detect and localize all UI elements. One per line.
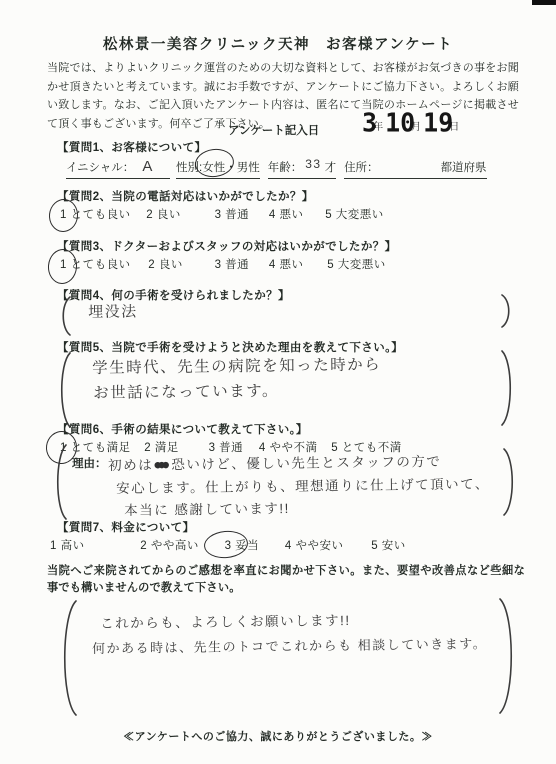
q2-option-3: 3 普通 bbox=[215, 206, 250, 222]
q3-option-5: 5 大変悪い bbox=[327, 256, 386, 272]
scribbled-out-text: ●●● bbox=[153, 456, 165, 473]
q7-option-1: 1 高い bbox=[50, 537, 85, 553]
age-field: 年齢：33才 bbox=[268, 157, 336, 179]
q7-option-4: 4 やや安い bbox=[285, 537, 344, 553]
q1-row: イニシャル：A性別:女性・男性年齢：33才住所：都道府県 bbox=[66, 157, 487, 179]
answer-bracket-right-q6 bbox=[502, 448, 518, 516]
answer-bracket-left-q6 bbox=[52, 444, 68, 520]
stamp-year: 3 bbox=[362, 108, 377, 138]
q5-answer-line-1: 学生時代、先生の病院を知った時から bbox=[92, 352, 381, 378]
feedback-prompt: 当院へご来院されてからのご感想を率直にお聞かせ下さい。また、要望や改善点など些細… bbox=[47, 563, 525, 597]
gender-male: 男性 bbox=[237, 162, 260, 174]
scan-artifact bbox=[532, 0, 556, 5]
q2-heading: 【質問2、当院の電話対応はいかがでしたか？】 bbox=[57, 188, 314, 204]
q6-reason-line-2: 安心します。仕上がりも、理想通りに仕上げて頂いて、 bbox=[116, 472, 490, 497]
answer-bracket-left-q4 bbox=[58, 296, 72, 336]
answer-bracket-right-q4 bbox=[500, 294, 514, 328]
q2-option-5: 5 大変悪い bbox=[325, 206, 384, 222]
q2-option-4: 4 悪い bbox=[269, 206, 304, 222]
feedback-bracket-left bbox=[58, 600, 78, 716]
q3-options: 1 とても良い 2 良い 3 普通 4 悪い 5 大変悪い bbox=[60, 256, 386, 272]
q3-option-3: 3 普通 bbox=[215, 256, 250, 272]
survey-sheet: 松林景一美容クリニック天神 お客様アンケート 当院では、よりよいクリニック運営の… bbox=[0, 0, 556, 764]
closing-text: ≪アンケートへのご協力、誠にありがとうございました。≫ bbox=[0, 728, 556, 744]
q3-option-2: 2 良い bbox=[148, 256, 183, 272]
q6-reason-line-3: 本当に 感謝しています!! bbox=[124, 497, 290, 519]
q4-answer: 埋没法 bbox=[88, 300, 138, 322]
stamp-day: 19 bbox=[423, 108, 453, 138]
stamp-month: 10 bbox=[385, 108, 415, 138]
q1-heading: 【質問1、お客様について】 bbox=[57, 139, 206, 155]
q6-heading: 【質問6、手術の結果について教えて下さい。】 bbox=[57, 421, 308, 437]
page-title: 松林景一美容クリニック天神 お客様アンケート bbox=[0, 33, 556, 54]
initial-value: A bbox=[134, 158, 154, 175]
q2-options: 1 とても良い 2 良い 3 普通 4 悪い 5 大変悪い bbox=[60, 206, 384, 222]
q6-reason-line-1: 初めは●●●恐いけど、優しい先生とスタッフの方で bbox=[108, 450, 441, 474]
date-stamp: 3 年 10 月 19 日 bbox=[362, 108, 461, 137]
q6-reason-label: 理由： bbox=[72, 455, 107, 471]
initial-field: イニシャル：A bbox=[66, 158, 170, 179]
feedback-bracket-right bbox=[498, 598, 518, 714]
q7-heading: 【質問7、料金について】 bbox=[57, 519, 194, 535]
date-label: アンケート記入日 bbox=[228, 122, 319, 138]
q5-answer-line-2: お世話になっています。 bbox=[93, 379, 279, 403]
q7-option-2: 2 やや高い bbox=[140, 537, 199, 553]
q7-option-5: 5 安い bbox=[371, 537, 406, 553]
q3-heading: 【質問3、ドクターおよびスタッフの対応はいかがでしたか？】 bbox=[57, 238, 397, 254]
feedback-line-2: 何かある時は、先生のトコでこれからも 相談していきます。 bbox=[92, 633, 487, 657]
feedback-line-1: これからも、よろしくお願いします!! bbox=[100, 609, 351, 632]
q2-option-2: 2 良い bbox=[146, 206, 181, 222]
answer-bracket-right-q5 bbox=[500, 350, 516, 426]
address-field: 住所：都道府県 bbox=[344, 159, 487, 179]
answer-bracket-left-q5 bbox=[56, 352, 72, 428]
q3-option-4: 4 悪い bbox=[269, 256, 304, 272]
selection-circle-q7 bbox=[203, 529, 249, 560]
age-value: 33 bbox=[302, 157, 324, 171]
